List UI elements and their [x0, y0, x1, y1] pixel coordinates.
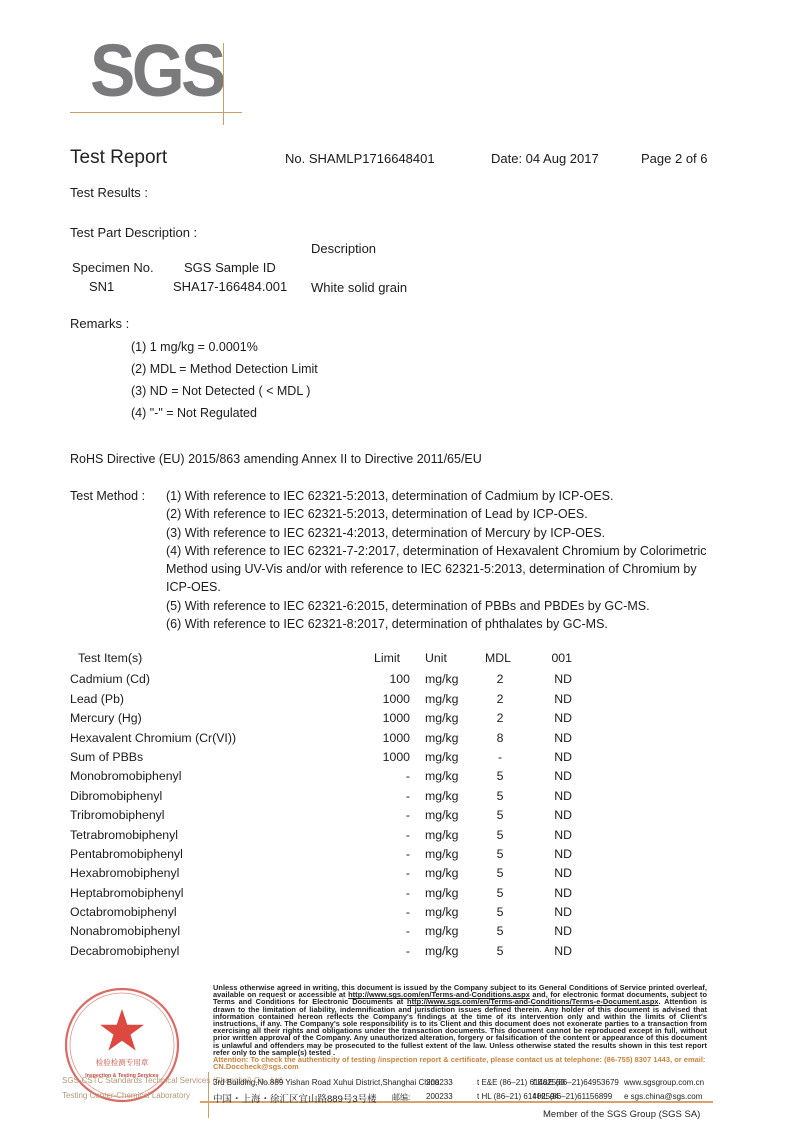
fax-hl: f HL (86–21)61156899: [533, 1092, 612, 1101]
test-method-item: Method using UV-Vis and/or with referenc…: [166, 560, 786, 578]
fax-ee: f E&E (86–21)64953679: [533, 1078, 619, 1087]
result-cell: ND: [542, 808, 572, 822]
logo-horizontal-rule: [70, 112, 242, 113]
specimen-header-specimen-no: Specimen No.: [72, 260, 154, 275]
test-method-item: (3) With reference to IEC 62321-4:2013, …: [166, 524, 786, 542]
test-item-cell: Heptabromobiphenyl: [70, 886, 183, 900]
mdl-cell: 5: [490, 866, 510, 880]
mdl-cell: 2: [490, 711, 510, 725]
table-row: Decabromobiphenyl-mg/kg5ND: [70, 942, 590, 961]
limit-cell: 1000: [350, 711, 410, 725]
limit-cell: -: [350, 905, 410, 919]
test-item-cell: Mercury (Hg): [70, 711, 142, 725]
limit-cell: -: [350, 808, 410, 822]
result-cell: ND: [542, 692, 572, 706]
result-cell: ND: [542, 905, 572, 919]
table-row: Hexavalent Chromium (Cr(VI))1000mg/kg8ND: [70, 729, 590, 748]
result-cell: ND: [542, 847, 572, 861]
mdl-cell: -: [490, 750, 510, 764]
result-cell: ND: [542, 750, 572, 764]
table-row: Nonabromobiphenyl-mg/kg5ND: [70, 922, 590, 941]
sgs-logo: SGS: [70, 28, 245, 113]
remark-item: (3) ND = Not Detected ( < MDL ): [131, 384, 310, 398]
test-item-cell: Cadmium (Cd): [70, 672, 150, 686]
limit-cell: 1000: [350, 692, 410, 706]
mdl-cell: 5: [490, 769, 510, 783]
test-item-cell: Hexavalent Chromium (Cr(VI)): [70, 731, 236, 745]
unit-cell: mg/kg: [425, 847, 465, 861]
result-cell: ND: [542, 731, 572, 745]
limit-cell: 1000: [350, 750, 410, 764]
test-item-cell: Monobromobiphenyl: [70, 769, 181, 783]
mdl-cell: 5: [490, 944, 510, 958]
authenticity-notice: Attention: To check the authenticity of …: [213, 1056, 707, 1070]
unit-cell: mg/kg: [425, 828, 465, 842]
header-result-001: 001: [542, 651, 572, 665]
test-item-cell: Tribromobiphenyl: [70, 808, 165, 822]
unit-cell: mg/kg: [425, 731, 465, 745]
remarks-heading: Remarks :: [70, 316, 129, 331]
test-method-item: (6) With reference to IEC 62321-8:2017, …: [166, 615, 786, 633]
test-item-cell: Hexabromobiphenyl: [70, 866, 179, 880]
table-row: Cadmium (Cd)100mg/kg2ND: [70, 670, 590, 689]
unit-cell: mg/kg: [425, 808, 465, 822]
header-mdl: MDL: [478, 651, 518, 665]
unit-cell: mg/kg: [425, 750, 465, 764]
table-row: Tetrabromobiphenyl-mg/kg5ND: [70, 826, 590, 845]
remark-item: (4) "-" = Not Regulated: [131, 406, 257, 420]
test-part-description-heading: Test Part Description :: [70, 225, 197, 240]
unit-cell: mg/kg: [425, 905, 465, 919]
header-test-item: Test Item(s): [78, 651, 142, 665]
table-row: Mercury (Hg)1000mg/kg2ND: [70, 709, 590, 728]
limit-cell: -: [350, 769, 410, 783]
unit-cell: mg/kg: [425, 692, 465, 706]
postcode-chinese-label: 邮编:: [392, 1092, 410, 1103]
limit-cell: -: [350, 828, 410, 842]
remark-item: (1) 1 mg/kg = 0.0001%: [131, 340, 258, 354]
description-cell: White solid grain: [311, 280, 407, 295]
table-row: Pentabromobiphenyl-mg/kg5ND: [70, 845, 590, 864]
header-limit: Limit: [360, 651, 400, 665]
limit-cell: -: [350, 924, 410, 938]
test-item-cell: Tetrabromobiphenyl: [70, 828, 178, 842]
limit-cell: -: [350, 847, 410, 861]
mdl-cell: 5: [490, 924, 510, 938]
email[interactable]: e sgs.china@sgs.com: [624, 1092, 702, 1101]
result-cell: ND: [542, 672, 572, 686]
unit-cell: mg/kg: [425, 672, 465, 686]
table-row: Octabromobiphenyl-mg/kg5ND: [70, 903, 590, 922]
specimen-no-cell: SN1: [89, 279, 114, 294]
unit-cell: mg/kg: [425, 789, 465, 803]
limit-cell: -: [350, 944, 410, 958]
website[interactable]: www.sgsgroup.com.cn: [624, 1078, 704, 1087]
result-cell: ND: [542, 828, 572, 842]
limit-cell: -: [350, 866, 410, 880]
test-item-cell: Lead (Pb): [70, 692, 124, 706]
mdl-cell: 5: [490, 808, 510, 822]
inspection-stamp-icon: 检验检测专用章 Inspection & Testing Services: [62, 985, 182, 1105]
logo-vertical-rule: [223, 43, 224, 125]
mdl-cell: 5: [490, 789, 510, 803]
result-cell: ND: [542, 866, 572, 880]
mdl-cell: 2: [490, 692, 510, 706]
address-chinese: 中国・上海・徐汇区宜山路889号3号楼: [213, 1091, 377, 1105]
unit-cell: mg/kg: [425, 886, 465, 900]
limit-cell: 100: [350, 672, 410, 686]
mdl-cell: 5: [490, 905, 510, 919]
mdl-cell: 2: [490, 672, 510, 686]
mdl-cell: 8: [490, 731, 510, 745]
table-row: Hexabromobiphenyl-mg/kg5ND: [70, 864, 590, 883]
directive-heading: RoHS Directive (EU) 2015/863 amending An…: [70, 452, 482, 466]
table-row: Heptabromobiphenyl-mg/kg5ND: [70, 884, 590, 903]
report-date: Date: 04 Aug 2017: [491, 151, 599, 166]
test-item-cell: Sum of PBBs: [70, 750, 143, 764]
test-item-cell: Decabromobiphenyl: [70, 944, 179, 958]
test-method-list: (1) With reference to IEC 62321-5:2013, …: [166, 487, 786, 633]
mdl-cell: 5: [490, 828, 510, 842]
mdl-cell: 5: [490, 847, 510, 861]
stamp-chinese-mid: 检验检测专用章: [96, 1057, 149, 1067]
results-table-header: Test Item(s) Limit Unit MDL 001: [70, 651, 590, 670]
limit-cell: 1000: [350, 731, 410, 745]
test-results-heading: Test Results :: [70, 185, 148, 200]
remark-item: (2) MDL = Method Detection Limit: [131, 362, 318, 376]
disclaimer-text: . Attention is drawn to the limitation o…: [213, 997, 707, 1056]
test-method-item: (2) With reference to IEC 62321-5:2013, …: [166, 505, 786, 523]
unit-cell: mg/kg: [425, 711, 465, 725]
report-number: No. SHAMLP1716648401: [285, 151, 435, 166]
table-row: Sum of PBBs1000mg/kg-ND: [70, 748, 590, 767]
test-item-cell: Dibromobiphenyl: [70, 789, 162, 803]
limit-cell: -: [350, 789, 410, 803]
results-table: Test Item(s) Limit Unit MDL 001 Cadmium …: [70, 651, 590, 961]
legal-disclaimer: Unless otherwise agreed in writing, this…: [213, 984, 707, 1070]
footer-vertical-rule: [208, 1072, 209, 1118]
test-method-item: (5) With reference to IEC 62321-6:2015, …: [166, 597, 786, 615]
specimen-header-description: Description: [311, 241, 376, 256]
sample-id-cell: SHA17-166484.001: [173, 279, 287, 294]
unit-cell: mg/kg: [425, 944, 465, 958]
postcode-english: 200233: [426, 1078, 453, 1087]
table-row: Dibromobiphenyl-mg/kg5ND: [70, 787, 590, 806]
report-title: Test Report: [70, 147, 167, 169]
result-cell: ND: [542, 789, 572, 803]
test-item-cell: Pentabromobiphenyl: [70, 847, 183, 861]
test-method-item: ICP-OES.: [166, 578, 786, 596]
page-indicator: Page 2 of 6: [641, 151, 708, 166]
table-row: Monobromobiphenyl-mg/kg5ND: [70, 767, 590, 786]
test-method-label: Test Method :: [70, 489, 145, 503]
test-item-cell: Nonabromobiphenyl: [70, 924, 180, 938]
table-row: Lead (Pb)1000mg/kg2ND: [70, 690, 590, 709]
test-method-item: (1) With reference to IEC 62321-5:2013, …: [166, 487, 786, 505]
postcode-chinese: 200233: [426, 1092, 453, 1101]
result-cell: ND: [542, 944, 572, 958]
mdl-cell: 5: [490, 886, 510, 900]
unit-cell: mg/kg: [425, 924, 465, 938]
result-cell: ND: [542, 711, 572, 725]
limit-cell: -: [350, 886, 410, 900]
company-lab: Testing Center-Chemical Laboratory: [62, 1091, 190, 1100]
sgs-group-membership: Member of the SGS Group (SGS SA): [543, 1109, 700, 1120]
test-method-item: (4) With reference to IEC 62321-7-2:2017…: [166, 542, 786, 560]
result-cell: ND: [542, 924, 572, 938]
sgs-logo-text: SGS: [90, 34, 223, 108]
address-english: 3rd Building,No.889 Yishan Road Xuhui Di…: [213, 1078, 439, 1087]
unit-cell: mg/kg: [425, 866, 465, 880]
unit-cell: mg/kg: [425, 769, 465, 783]
table-row: Tribromobiphenyl-mg/kg5ND: [70, 806, 590, 825]
specimen-header-sample-id: SGS Sample ID: [184, 260, 276, 275]
result-cell: ND: [542, 769, 572, 783]
test-item-cell: Octabromobiphenyl: [70, 905, 177, 919]
result-cell: ND: [542, 886, 572, 900]
header-unit: Unit: [425, 651, 465, 665]
